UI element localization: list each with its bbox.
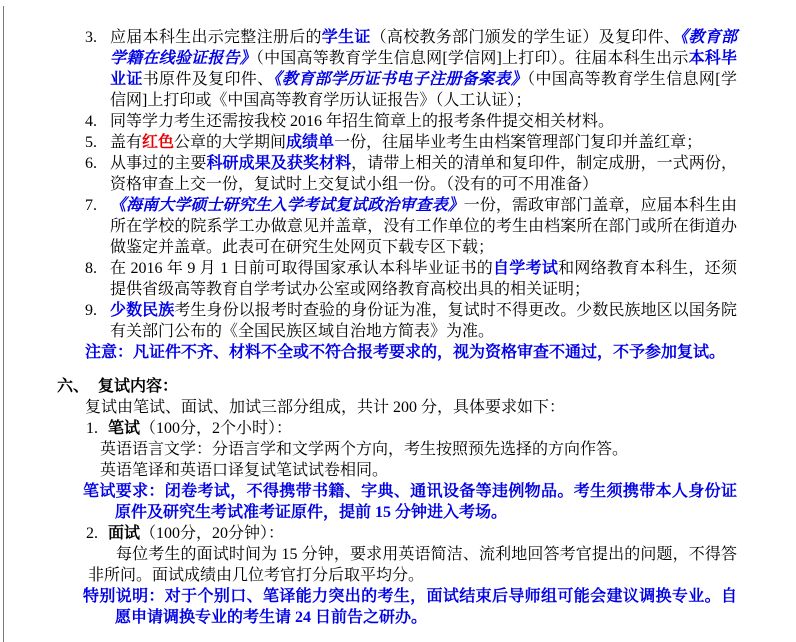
section-marker: 六、 <box>57 378 89 395</box>
section-title: 复试内容： <box>98 378 178 395</box>
text-segment: 学生证 <box>322 29 371 46</box>
attention-note: 注意：凡证件不齐、材料不全或不符合报考要求的，视为资格审查不通过，不予参加复试。 <box>0 342 737 363</box>
item-number: 2. <box>86 523 98 544</box>
written-test-item: 1. 笔试（100分，2个小时）： <box>0 418 737 439</box>
list-item-8: 8. 在 2016 年 9 月 1 日前可取得国家承认本科毕业证书的自学考试和网… <box>0 258 737 300</box>
item-text: 同等学力考生还需按我校 2016 年招生简章上的报考条件提交相关材料。 <box>110 113 614 130</box>
section-heading: 六、复试内容： <box>0 376 737 397</box>
text-segment: （100分，2个小时）： <box>140 420 292 437</box>
text-segment: 书原件及复印件、 <box>143 71 274 88</box>
list-item-4: 4. 同等学力考生还需按我校 2016 年招生简章上的报考条件提交相关材料。 <box>0 111 737 132</box>
text-segment: （高校教务部门颁发的学生证）及复印件、 <box>371 29 680 46</box>
text-segment: 科研成果及获奖材料 <box>206 155 351 172</box>
list-item-7: 7. 《海南大学硕士研究生入学考试复试政治审查表》一份，需政审部门盖章，应届本科… <box>0 195 737 258</box>
item-text: 面试（100分，20分钟）： <box>108 525 284 542</box>
text-segment: 少数民族 <box>110 302 174 319</box>
item-number: 3. <box>85 27 97 48</box>
item-number: 8. <box>85 258 97 279</box>
item-number: 1. <box>86 418 98 439</box>
text-segment: 在 2016 年 9 月 1 日前可取得国家承认本科毕业证书的 <box>110 260 493 277</box>
interview-item: 2. 面试（100分，20分钟）： <box>0 523 737 544</box>
item-text: 在 2016 年 9 月 1 日前可取得国家承认本科毕业证书的自学考试和网络教育… <box>110 260 737 298</box>
item-number: 9. <box>85 300 97 321</box>
text-segment: 《教育部学历证书电子注册备案表》 <box>274 71 528 88</box>
document-page: { "colors": { "emphasis_blue": "#0000e6"… <box>0 0 796 642</box>
list-item-3: 3. 应届本科生出示完整注册后的学生证（高校教务部门颁发的学生证）及复印件、《教… <box>0 27 737 111</box>
text-segment: 面试 <box>108 525 140 542</box>
text-segment: 考生身份以报考时查验的身份证为准，复试时不得更改。少数民族地区以国务院有关部门公… <box>110 302 737 340</box>
item-text: 应届本科生出示完整注册后的学生证（高校教务部门颁发的学生证）及复印件、《教育部学… <box>110 29 737 109</box>
text-segment: （100分，20分钟）： <box>140 525 284 542</box>
interview-paragraph: 每位考生的面试时间为 15 分钟，要求用英语简洁、流利地回答考官提出的问题，不得… <box>88 544 737 586</box>
text-segment: 《海南大学硕士研究生入学考试复试政治审查表》 <box>110 197 464 214</box>
text-segment: 应届本科生出示完整注册后的 <box>110 29 322 46</box>
item-text: 从事过的主要科研成果及获奖材料，请带上相关的清单和复印件，制定成册，一式两份，资… <box>110 155 737 193</box>
list-item-9: 9. 少数民族考生身份以报考时查验的身份证为准，复试时不得更改。少数民族地区以国… <box>0 300 737 342</box>
item-number: 5. <box>85 132 97 153</box>
written-test-line-1: 英语语言文学：分语言学和文学两个方向，考生按照预先选择的方向作答。 <box>0 439 737 460</box>
list-item-6: 6. 从事过的主要科研成果及获奖材料，请带上相关的清单和复印件，制定成册，一式两… <box>0 153 737 195</box>
text-segment: 笔试 <box>108 420 140 437</box>
item-number: 6. <box>85 153 97 174</box>
text-segment: 同等学力考生还需按我校 2016 年招生简章上的报考条件提交相关材料。 <box>110 113 614 130</box>
list-item-5: 5. 盖有红色公章的大学期间成绩单一份，往届毕业考生由档案管理部门复印并盖红章； <box>0 132 737 153</box>
item-text: 笔试（100分，2个小时）： <box>108 420 292 437</box>
text-segment: 公章的大学期间 <box>174 134 286 151</box>
document-content: 3. 应届本科生出示完整注册后的学生证（高校教务部门颁发的学生证）及复印件、《教… <box>0 27 737 628</box>
text-segment: 自学考试 <box>493 260 558 277</box>
item-text: 《海南大学硕士研究生入学考试复试政治审查表》一份，需政审部门盖章，应届本科生由所… <box>110 197 737 256</box>
text-segment: 红色 <box>142 134 174 151</box>
item-number: 4. <box>85 111 97 132</box>
text-segment: 一份，往届毕业考生由档案管理部门复印并盖红章； <box>334 134 702 151</box>
item-number: 7. <box>85 195 97 216</box>
text-segment: 成绩单 <box>286 134 334 151</box>
special-note: 特别说明：对于个别口、笔译能力突出的考生，面试结束后导师组可能会建议调换专业。自… <box>0 586 737 628</box>
text-segment: 从事过的主要 <box>110 155 206 172</box>
item-text: 盖有红色公章的大学期间成绩单一份，往届毕业考生由档案管理部门复印并盖红章； <box>110 134 702 151</box>
written-test-line-2: 英语笔译和英语口译复试笔试试卷相同。 <box>0 460 737 481</box>
text-segment: 盖有 <box>110 134 142 151</box>
written-test-requirement: 笔试要求：闭卷考试，不得携带书籍、字典、通讯设备等违例物品。考生须携带本人身份证… <box>0 481 737 523</box>
item-text: 少数民族考生身份以报考时查验的身份证为准，复试时不得更改。少数民族地区以国务院有… <box>110 302 737 340</box>
intro-paragraph: 复试由笔试、面试、加试三部分组成，共计 200 分，具体要求如下： <box>0 397 737 418</box>
text-segment: （中国高等教育学生信息网[学信网]上打印）。往届本科生出示 <box>256 50 689 67</box>
